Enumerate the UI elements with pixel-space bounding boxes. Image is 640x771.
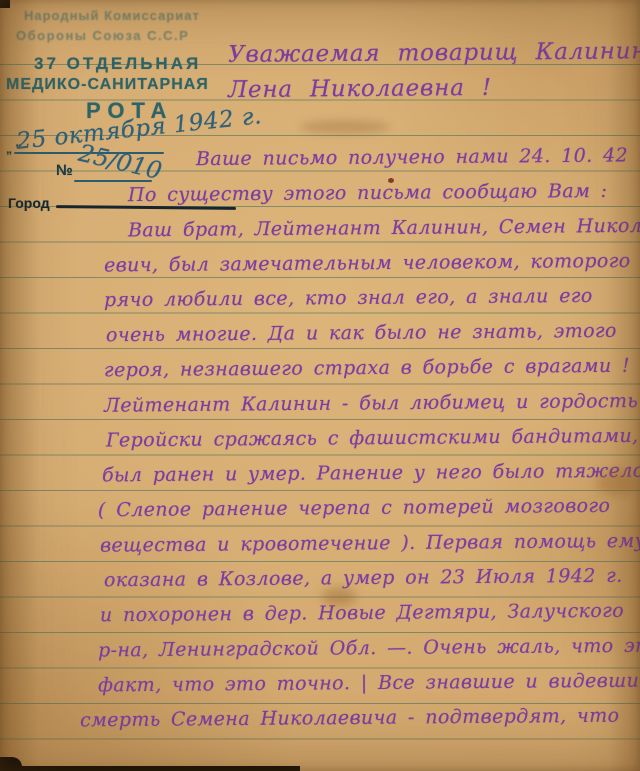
crease-shadow — [300, 120, 390, 134]
letter-line: героя, незнавшего страха в борьбе с враг… — [104, 355, 630, 382]
letter-line: Ваш брат, Лейтенант Калинин, Семен Никол… — [128, 215, 640, 242]
stamp-number-label: № — [56, 162, 73, 179]
stamp-city-label: Город — [8, 195, 50, 211]
salutation-line-1: Уважаемая товарищ Калинина, — [228, 38, 640, 68]
salutation-line-2: Лена Николаевна ! — [228, 75, 492, 103]
scan-corner-bottomleft — [0, 757, 22, 771]
letter-line: Лейтенант Калинин - был любимец и гордос… — [104, 389, 640, 416]
letter-line: рячо любили все, кто знал его, а знали е… — [104, 285, 593, 311]
stamp-commissariat-line2: Обороны Союза С.С.Р — [16, 28, 189, 43]
stamp-unit-line1: 37 ОТДЕЛЬНАЯ — [34, 54, 201, 74]
letter-line: Геройски сражаясь с фашистскими бандитам… — [106, 425, 640, 452]
stamp-unit-line2: МЕДИКО-САНИТАРНАЯ — [6, 76, 209, 94]
letter-line: факт, что это точно. | Все знавшие и вид… — [98, 670, 640, 697]
letter-line: евич, был замечательным человеком, котор… — [104, 250, 640, 277]
letter-line: р-на, Ленинградской Обл. —. Очень жаль, … — [98, 635, 640, 662]
letter-line: вещества и кровотечение ). Первая помощь… — [100, 529, 640, 556]
letter-line: По существу этого письма сообщаю Вам : — [128, 180, 608, 206]
letter-page: Народный Комиссариат Обороны Союза С.С.Р… — [0, 0, 640, 771]
letter-line: ( Слепое ранение черепа с потерей мозгов… — [98, 495, 610, 521]
letter-line: и похоронен в дер. Новые Дегтяри, Залучс… — [100, 600, 624, 627]
letter-line: Ваше письмо получено нами 24. 10. 42 год… — [196, 144, 640, 170]
letter-line: смерть Семена Николаевича - подтвердят, … — [80, 705, 620, 732]
scan-edge-bottomleft — [0, 766, 300, 771]
letter-line: оказана в Козлове, а умер он 23 Июля 194… — [104, 565, 623, 592]
letter-line: был ранен и умер. Ранение у него было тя… — [102, 460, 640, 487]
scan-corner-topleft — [0, 0, 10, 8]
stamp-number-value: 25/010 — [76, 139, 165, 185]
letter-line: очень многие. Да и как было не знать, эт… — [106, 320, 617, 346]
stamp-commissariat-line1: Народный Комиссариат — [24, 8, 200, 23]
